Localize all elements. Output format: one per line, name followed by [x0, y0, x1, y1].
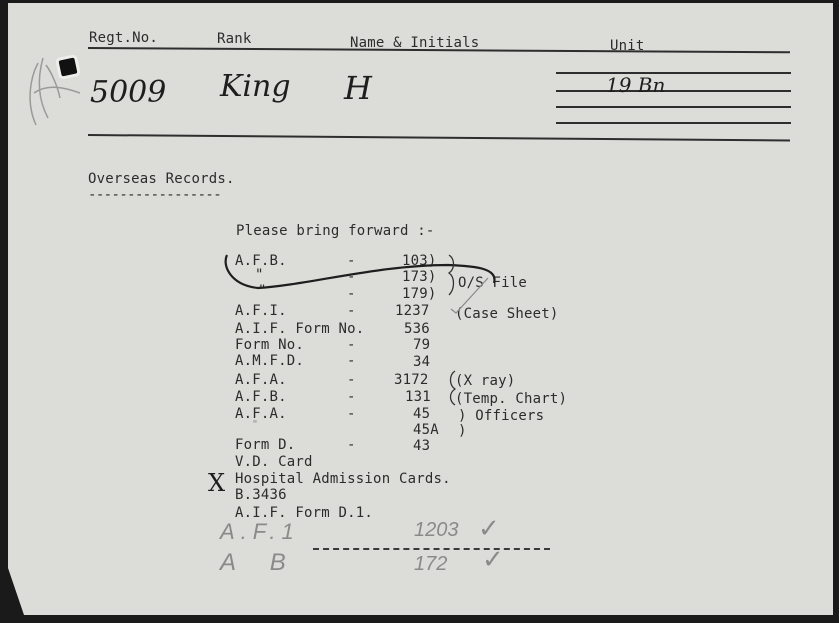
record-form: A.I.F. Form No.: [235, 321, 364, 337]
record-dash: -: [347, 389, 356, 405]
record-note: ): [458, 423, 467, 439]
record-dash: -: [347, 253, 356, 269]
record-form: A.F.A.: [235, 406, 287, 422]
record-number: 103): [402, 253, 437, 269]
record-form: Form D.: [235, 437, 295, 453]
check-icon: ✓: [482, 544, 504, 575]
record-form: A.F.A.: [235, 372, 287, 388]
record-note: (Temp. Chart): [455, 391, 567, 407]
record-form: ": [255, 267, 264, 283]
rank-label: Rank: [217, 31, 252, 47]
initials-value: H: [344, 69, 372, 107]
record-dash: -: [347, 406, 356, 422]
record-number: 3172: [394, 372, 429, 388]
unit-line-3: [556, 106, 791, 108]
section-title-underline: -----------------: [88, 187, 221, 203]
record-note: (X ray): [455, 373, 515, 389]
record-form: ": [258, 283, 267, 299]
dashed-line: [313, 548, 550, 550]
header-bottom-rule: [88, 134, 790, 142]
pencil-value-af1: 1203: [414, 519, 459, 542]
card-corner: [8, 568, 24, 615]
record-card: Regt.No. Rank Name & Initials Unit 5009 …: [8, 3, 833, 615]
record-dash: -: [347, 269, 356, 285]
record-form: A.M.F.D.: [235, 353, 304, 369]
record-dash: -: [347, 303, 356, 319]
record-note: ) Officers: [458, 408, 544, 424]
instruction: Please bring forward :-: [236, 223, 434, 239]
record-form: V.D. Card: [235, 454, 313, 470]
record-number: 179): [402, 286, 437, 302]
record-number: 45A: [413, 422, 439, 438]
pencil-label-ab: A B: [220, 549, 300, 577]
rank-name-value: King: [220, 69, 291, 104]
record-form: ": [252, 419, 258, 430]
unit-line-4: [556, 122, 791, 124]
check-icon: ✓: [478, 513, 500, 544]
record-number: 79: [413, 337, 430, 353]
record-form: A.F.I.: [235, 303, 287, 319]
record-dash: -: [347, 372, 356, 388]
unit-line-2: [556, 90, 791, 92]
unit-line-1: [556, 72, 791, 74]
record-dash: -: [347, 286, 356, 302]
pencil-value-ab: 172: [414, 553, 447, 576]
record-form: Form No.: [235, 337, 304, 353]
record-number: 45: [413, 406, 430, 422]
pencil-label-af1: A.F.1: [220, 519, 300, 545]
record-number: 173): [402, 269, 437, 285]
record-note: (Case Sheet): [455, 306, 559, 322]
cross-mark: X: [208, 469, 225, 497]
record-dash: -: [347, 353, 356, 369]
record-number: 34: [413, 354, 430, 370]
record-number: 131: [405, 389, 431, 405]
record-note: O/S File: [458, 275, 527, 291]
record-number: 536: [404, 321, 430, 337]
unit-value: 19 Bn: [606, 73, 665, 97]
punch-hole: [59, 58, 78, 77]
regt-no-label: Regt.No.: [89, 30, 158, 46]
record-number: 1237: [395, 303, 430, 319]
record-form: A.F.B.: [235, 389, 287, 405]
record-dash: -: [347, 337, 356, 353]
record-form: Hospital Admission Cards.: [235, 471, 451, 487]
regt-no-value: 5009: [90, 75, 166, 110]
section-title: Overseas Records.: [88, 171, 235, 187]
record-number: 43: [413, 438, 430, 454]
record-form: B.3436: [235, 487, 287, 503]
record-dash: -: [347, 437, 356, 453]
